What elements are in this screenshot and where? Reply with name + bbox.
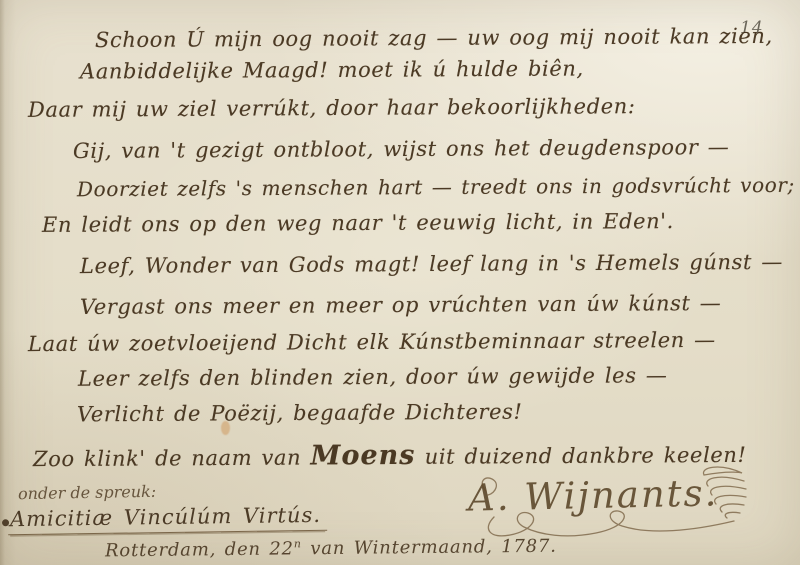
poem-line-12: Zoo klink' de naam van Moens uit duizend…	[33, 438, 747, 473]
poem-line-11: Verlicht de Poëzij, begaafde Dichteres!	[77, 400, 523, 427]
date-line: Rotterdam, den 22n van Wintermaand, 1787…	[105, 535, 557, 562]
ink-spot	[221, 421, 230, 435]
manuscript-page: 14 Schoon Ú mijn oog nooit zag — uw oog …	[0, 0, 800, 565]
poem-line-7: Leef, Wonder van Gods magt! leef lang in…	[80, 250, 783, 278]
poet-name-moens: Moens	[310, 440, 415, 472]
poem-line-1: Schoon Ú mijn oog nooit zag — uw oog mij…	[95, 24, 773, 52]
poem-line-5: Doorziet zelfs 's menschen hart — treedt…	[77, 173, 795, 201]
poem-line-3: Daar mij uw ziel verrúkt, door haar beko…	[28, 94, 636, 122]
motto-text: Amicitiæ Vincúlúm Virtús.	[8, 503, 327, 535]
motto-label: onder de spreuk:	[18, 482, 156, 503]
date-superscript: n	[294, 537, 302, 550]
poem-line-8: Vergast ons meer en meer op vrúchten van…	[80, 291, 721, 319]
poem-line-4: Gij, van 't gezigt ontbloot, wijst ons h…	[73, 135, 729, 163]
poem-line-10: Leer zelfs den blinden zien, door úw gew…	[78, 363, 668, 391]
signature-text: A. Wijnants.	[468, 471, 719, 519]
poem-line-9: Laat úw zoetvloeijend Dicht elk Kúnstbem…	[28, 328, 716, 356]
poem-line-6: En leidt ons op den weg naar 't eeuwig l…	[42, 209, 674, 237]
poem-line-12-prefix: Zoo klink' de naam van	[33, 445, 311, 471]
poem-line-2: Aanbiddelijke Maagd! moet ik ú hulde biê…	[80, 56, 584, 83]
poem-line-12-suffix: uit duizend dankbre keelen!	[415, 443, 746, 469]
date-prefix: Rotterdam, den 22	[105, 538, 294, 561]
date-suffix: van Wintermaand, 1787.	[302, 536, 557, 560]
